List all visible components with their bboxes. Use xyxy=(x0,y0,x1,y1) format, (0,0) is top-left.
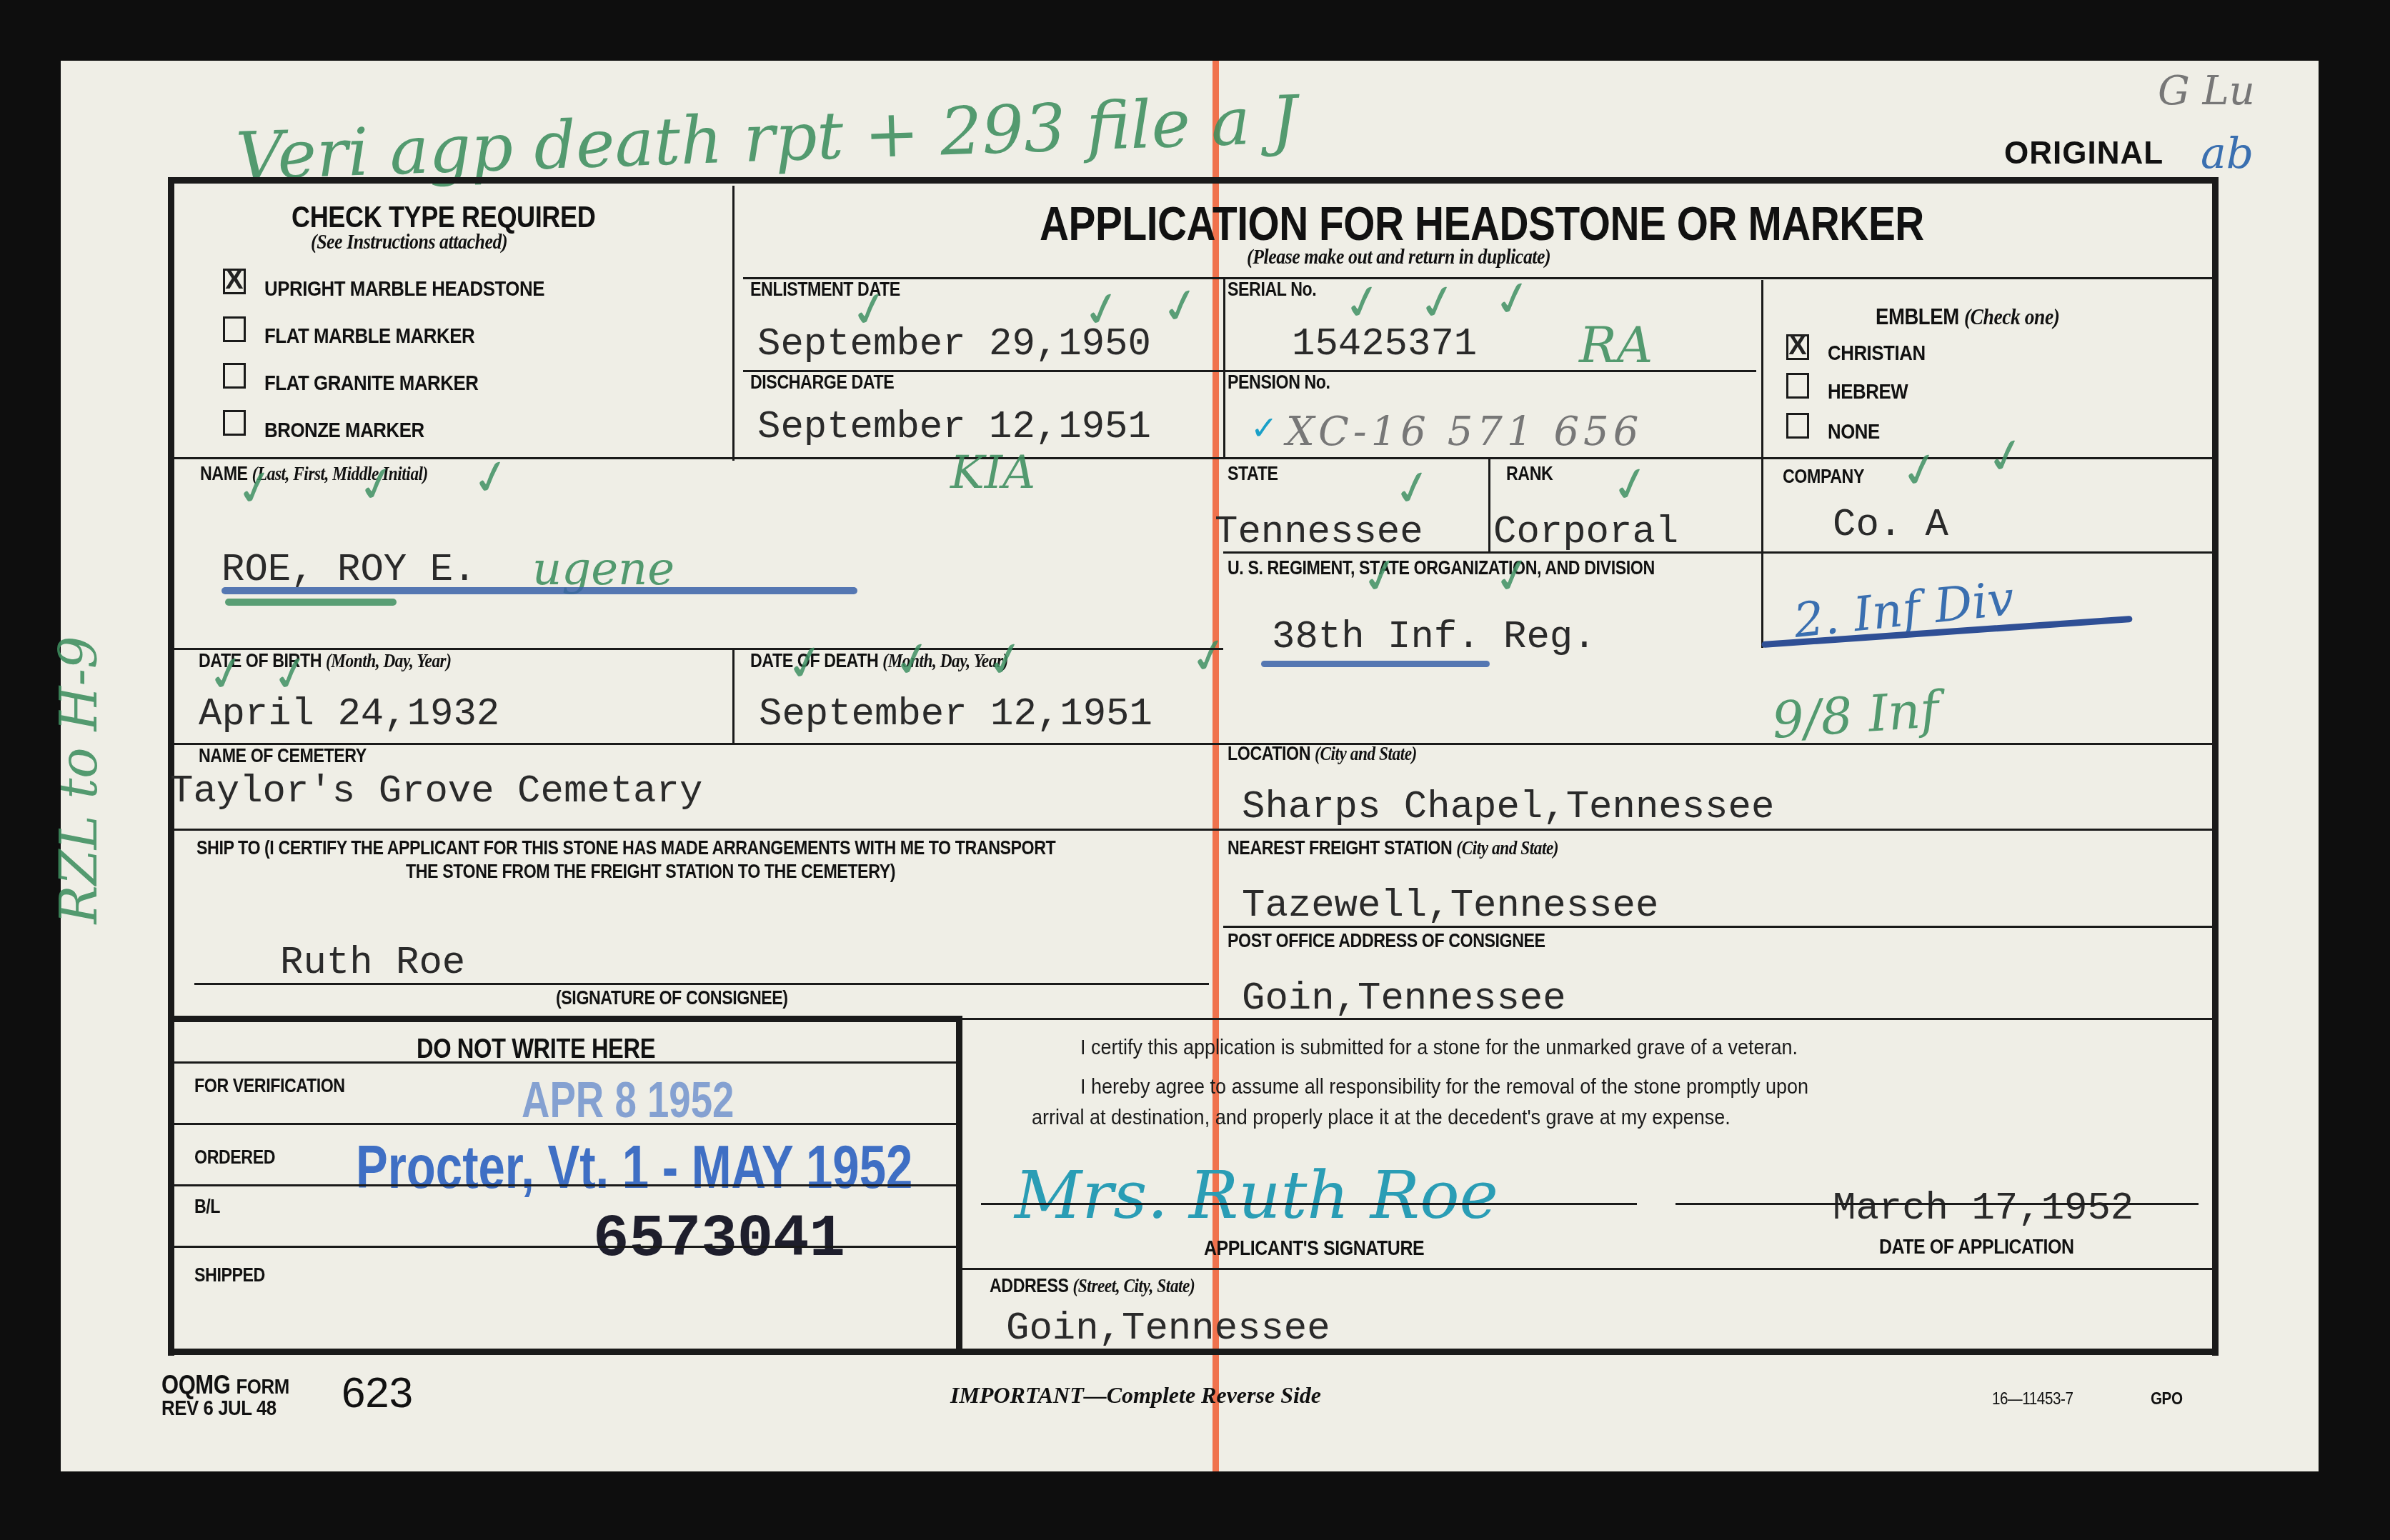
option-flat-marble-marker: FLAT MARBLE MARKER xyxy=(264,324,474,349)
state-label: STATE xyxy=(1228,463,1278,485)
handwritten-unit-note: 9/8 Inf xyxy=(1770,680,1941,750)
bl-value: 6573041 xyxy=(593,1206,845,1274)
verification-date-stamp: APR 8 1952 xyxy=(522,1071,734,1129)
title-bottom-rule xyxy=(743,277,2214,279)
footer-oqmg: OQMG xyxy=(161,1370,230,1399)
form-top-border xyxy=(168,177,2219,184)
checkbox-bronze-marker[interactable] xyxy=(223,410,246,436)
post-office-label: POST OFFICE ADDRESS OF CONSIGNEE xyxy=(1228,930,1545,952)
rule-date-of-application xyxy=(1676,1203,2199,1205)
address-value[interactable]: Goin,Tennessee xyxy=(1006,1307,1330,1351)
form-title: APPLICATION FOR HEADSTONE OR MARKER xyxy=(1040,196,1924,251)
company-label: COMPANY xyxy=(1783,466,1864,488)
checkbox-mark: X xyxy=(225,265,244,295)
serial-no-value[interactable]: 15425371 xyxy=(1292,323,1477,366)
address-label-text: ADDRESS xyxy=(990,1275,1069,1296)
location-label: LOCATION (City and State) xyxy=(1228,743,1417,765)
rule-freight xyxy=(1223,926,2212,928)
for-verification-label: FOR VERIFICATION xyxy=(194,1075,345,1097)
freight-label-note: (City and State) xyxy=(1456,837,1558,859)
rule-applicant-signature xyxy=(981,1203,1637,1205)
divider-left-top xyxy=(732,186,735,461)
office-use-heading: DO NOT WRITE HERE xyxy=(417,1034,655,1065)
rule-dob-bottom xyxy=(174,743,2212,745)
option-bronze-marker: BRONZE MARKER xyxy=(264,419,424,443)
check-type-subheading: (See Instructions attached) xyxy=(311,230,507,254)
ship-to-label-line1: SHIP TO (I CERTIFY THE APPLICANT FOR THI… xyxy=(196,837,1055,859)
blue-underline xyxy=(1261,661,1490,667)
rule-consignee-signature xyxy=(194,983,1209,985)
form-left-border xyxy=(168,177,174,1356)
freight-station-value[interactable]: Tazewell,Tennessee xyxy=(1242,884,1658,928)
consignee-signature-caption: (SIGNATURE OF CONSIGNEE) xyxy=(556,987,788,1009)
address-label-note: (Street, City, State) xyxy=(1073,1275,1195,1296)
divider-rank xyxy=(1488,459,1490,551)
applicant-signature-caption: APPLICANT'S SIGNATURE xyxy=(1204,1237,1424,1261)
checkbox-emblem-none[interactable] xyxy=(1786,413,1809,439)
footer-form-id-line2: REV 6 JUL 48 xyxy=(161,1396,277,1421)
discharge-date-value[interactable]: September 12,1951 xyxy=(757,406,1151,449)
date-of-application-value[interactable]: March 17,1952 xyxy=(1833,1187,2133,1231)
option-emblem-hebrew: HEBREW xyxy=(1828,380,1908,404)
company-value[interactable]: Co. A xyxy=(1833,504,1948,547)
freight-label-text: NEAREST FREIGHT STATION xyxy=(1228,837,1452,859)
rule-cemetery xyxy=(174,829,2212,831)
form-subtitle: (Please make out and return in duplicate… xyxy=(1247,245,1550,269)
cemetery-value[interactable]: Taylor's Grove Cemetary xyxy=(170,770,702,814)
emblem-heading: EMBLEM (Check one) xyxy=(1876,304,2059,330)
location-value[interactable]: Sharps Chapel,Tennessee xyxy=(1242,786,1774,829)
location-label-note: (City and State) xyxy=(1315,743,1417,764)
footer-form-word: FORM xyxy=(236,1375,289,1399)
rule-office-top xyxy=(174,1016,960,1022)
option-upright-marble-headstone: UPRIGHT MARBLE HEADSTONE xyxy=(264,277,544,301)
pension-no-value[interactable]: XC-16 571 656 xyxy=(1286,409,1643,455)
divider-office-use xyxy=(956,1016,962,1349)
applicant-signature-value[interactable]: Mrs. Ruth Roe xyxy=(1015,1157,1498,1234)
handwritten-top-right-blue: ab xyxy=(2201,129,2254,179)
discharge-date-label: DISCHARGE DATE xyxy=(750,371,894,394)
dob-label-note: (Month, Day, Year) xyxy=(326,650,451,671)
certification-line-2: I hereby agree to assume all responsibil… xyxy=(1080,1075,1808,1099)
pension-no-label: PENSION No. xyxy=(1228,371,1330,394)
checkbox-mark: X xyxy=(1788,331,1807,361)
post-office-value[interactable]: Goin,Tennessee xyxy=(1242,977,1566,1021)
footer-form-number: 623 xyxy=(342,1368,413,1417)
rule-bl xyxy=(174,1184,956,1186)
emblem-heading-note: (Check one) xyxy=(1964,304,2060,329)
date-of-birth-value[interactable]: April 24,1932 xyxy=(199,693,499,736)
name-label-note: (Last, First, Middle Initial) xyxy=(252,463,428,484)
freight-station-label: NEAREST FREIGHT STATION (City and State) xyxy=(1228,837,1558,859)
ship-to-value[interactable]: Ruth Roe xyxy=(280,941,465,985)
address-label: ADDRESS (Street, City, State) xyxy=(990,1275,1195,1297)
checkbox-flat-granite-marker[interactable] xyxy=(223,363,246,389)
rank-label: RANK xyxy=(1506,463,1553,485)
regiment-label: U. S. REGIMENT, STATE ORGANIZATION, AND … xyxy=(1228,557,1655,579)
original-label: ORIGINAL xyxy=(2004,136,2164,171)
footer-important-note: IMPORTANT—Complete Reverse Side xyxy=(950,1382,1321,1409)
checkbox-emblem-hebrew[interactable] xyxy=(1786,373,1809,399)
footer-printer: GPO xyxy=(2151,1389,2183,1409)
divider-serial xyxy=(1223,279,1225,457)
certification-line-3: arrival at destination, and properly pla… xyxy=(1032,1106,1731,1130)
rule-certification-top xyxy=(961,1018,2212,1020)
rule-ordered xyxy=(174,1123,956,1125)
handwritten-margin-note: RZL to H-9 xyxy=(49,566,109,994)
rule-shipped xyxy=(174,1246,956,1248)
footer-form-id-line1: OQMG FORM xyxy=(161,1370,289,1400)
shipped-label: SHIPPED xyxy=(194,1264,265,1286)
blue-underline xyxy=(221,587,857,594)
option-emblem-none: NONE xyxy=(1828,420,1880,444)
option-flat-granite-marker: FLAT GRANITE MARKER xyxy=(264,371,478,396)
handwritten-serial-suffix: RA xyxy=(1579,316,1653,374)
check-type-subheading-text: (See Instructions attached) xyxy=(311,230,507,254)
form-subtitle-text: (Please make out and return in duplicate… xyxy=(1247,245,1550,269)
ship-to-label-line2: THE STONE FROM THE FREIGHT STATION TO TH… xyxy=(406,861,895,883)
headstone-application-form xyxy=(61,61,2319,1471)
certification-line-1: I certify this application is submitted … xyxy=(1080,1036,1798,1060)
footer-print-code: 16—11453-7 xyxy=(1992,1389,2073,1409)
rule-address xyxy=(961,1268,2212,1270)
checkbox-upright-marble-headstone[interactable]: X xyxy=(223,269,246,294)
form-right-border xyxy=(2212,177,2219,1356)
blue-check-mark: ✓ xyxy=(1250,409,1278,447)
option-emblem-christian: CHRISTIAN xyxy=(1828,341,1926,366)
divider-dod xyxy=(732,650,735,743)
name-value[interactable]: ROE, ROY E. xyxy=(221,549,476,592)
location-label-text: LOCATION xyxy=(1228,743,1310,764)
handwritten-top-right-note: G Lu xyxy=(2158,68,2255,114)
handwritten-kia: KIA xyxy=(950,446,1035,499)
date-of-death-value[interactable]: September 12,1951 xyxy=(759,693,1152,736)
green-underline xyxy=(225,599,397,606)
checkbox-flat-marble-marker[interactable] xyxy=(223,316,246,342)
cemetery-label: NAME OF CEMETERY xyxy=(199,745,367,767)
divider-emblem xyxy=(1761,280,1763,648)
checkbox-emblem-christian[interactable]: X xyxy=(1786,334,1809,360)
ordered-label: ORDERED xyxy=(194,1146,275,1169)
date-of-application-caption: DATE OF APPLICATION xyxy=(1879,1236,2074,1259)
serial-no-label: SERIAL No. xyxy=(1228,279,1316,301)
bl-label: B/L xyxy=(194,1196,220,1218)
emblem-heading-text: EMBLEM xyxy=(1876,304,1959,329)
ordered-stamp: Procter, Vt. 1 - MAY 1952 xyxy=(356,1132,912,1203)
check-type-heading: CHECK TYPE REQUIRED xyxy=(292,200,595,234)
regiment-value[interactable]: 38th Inf. Reg. xyxy=(1272,616,1596,659)
rule-verification xyxy=(174,1061,956,1064)
